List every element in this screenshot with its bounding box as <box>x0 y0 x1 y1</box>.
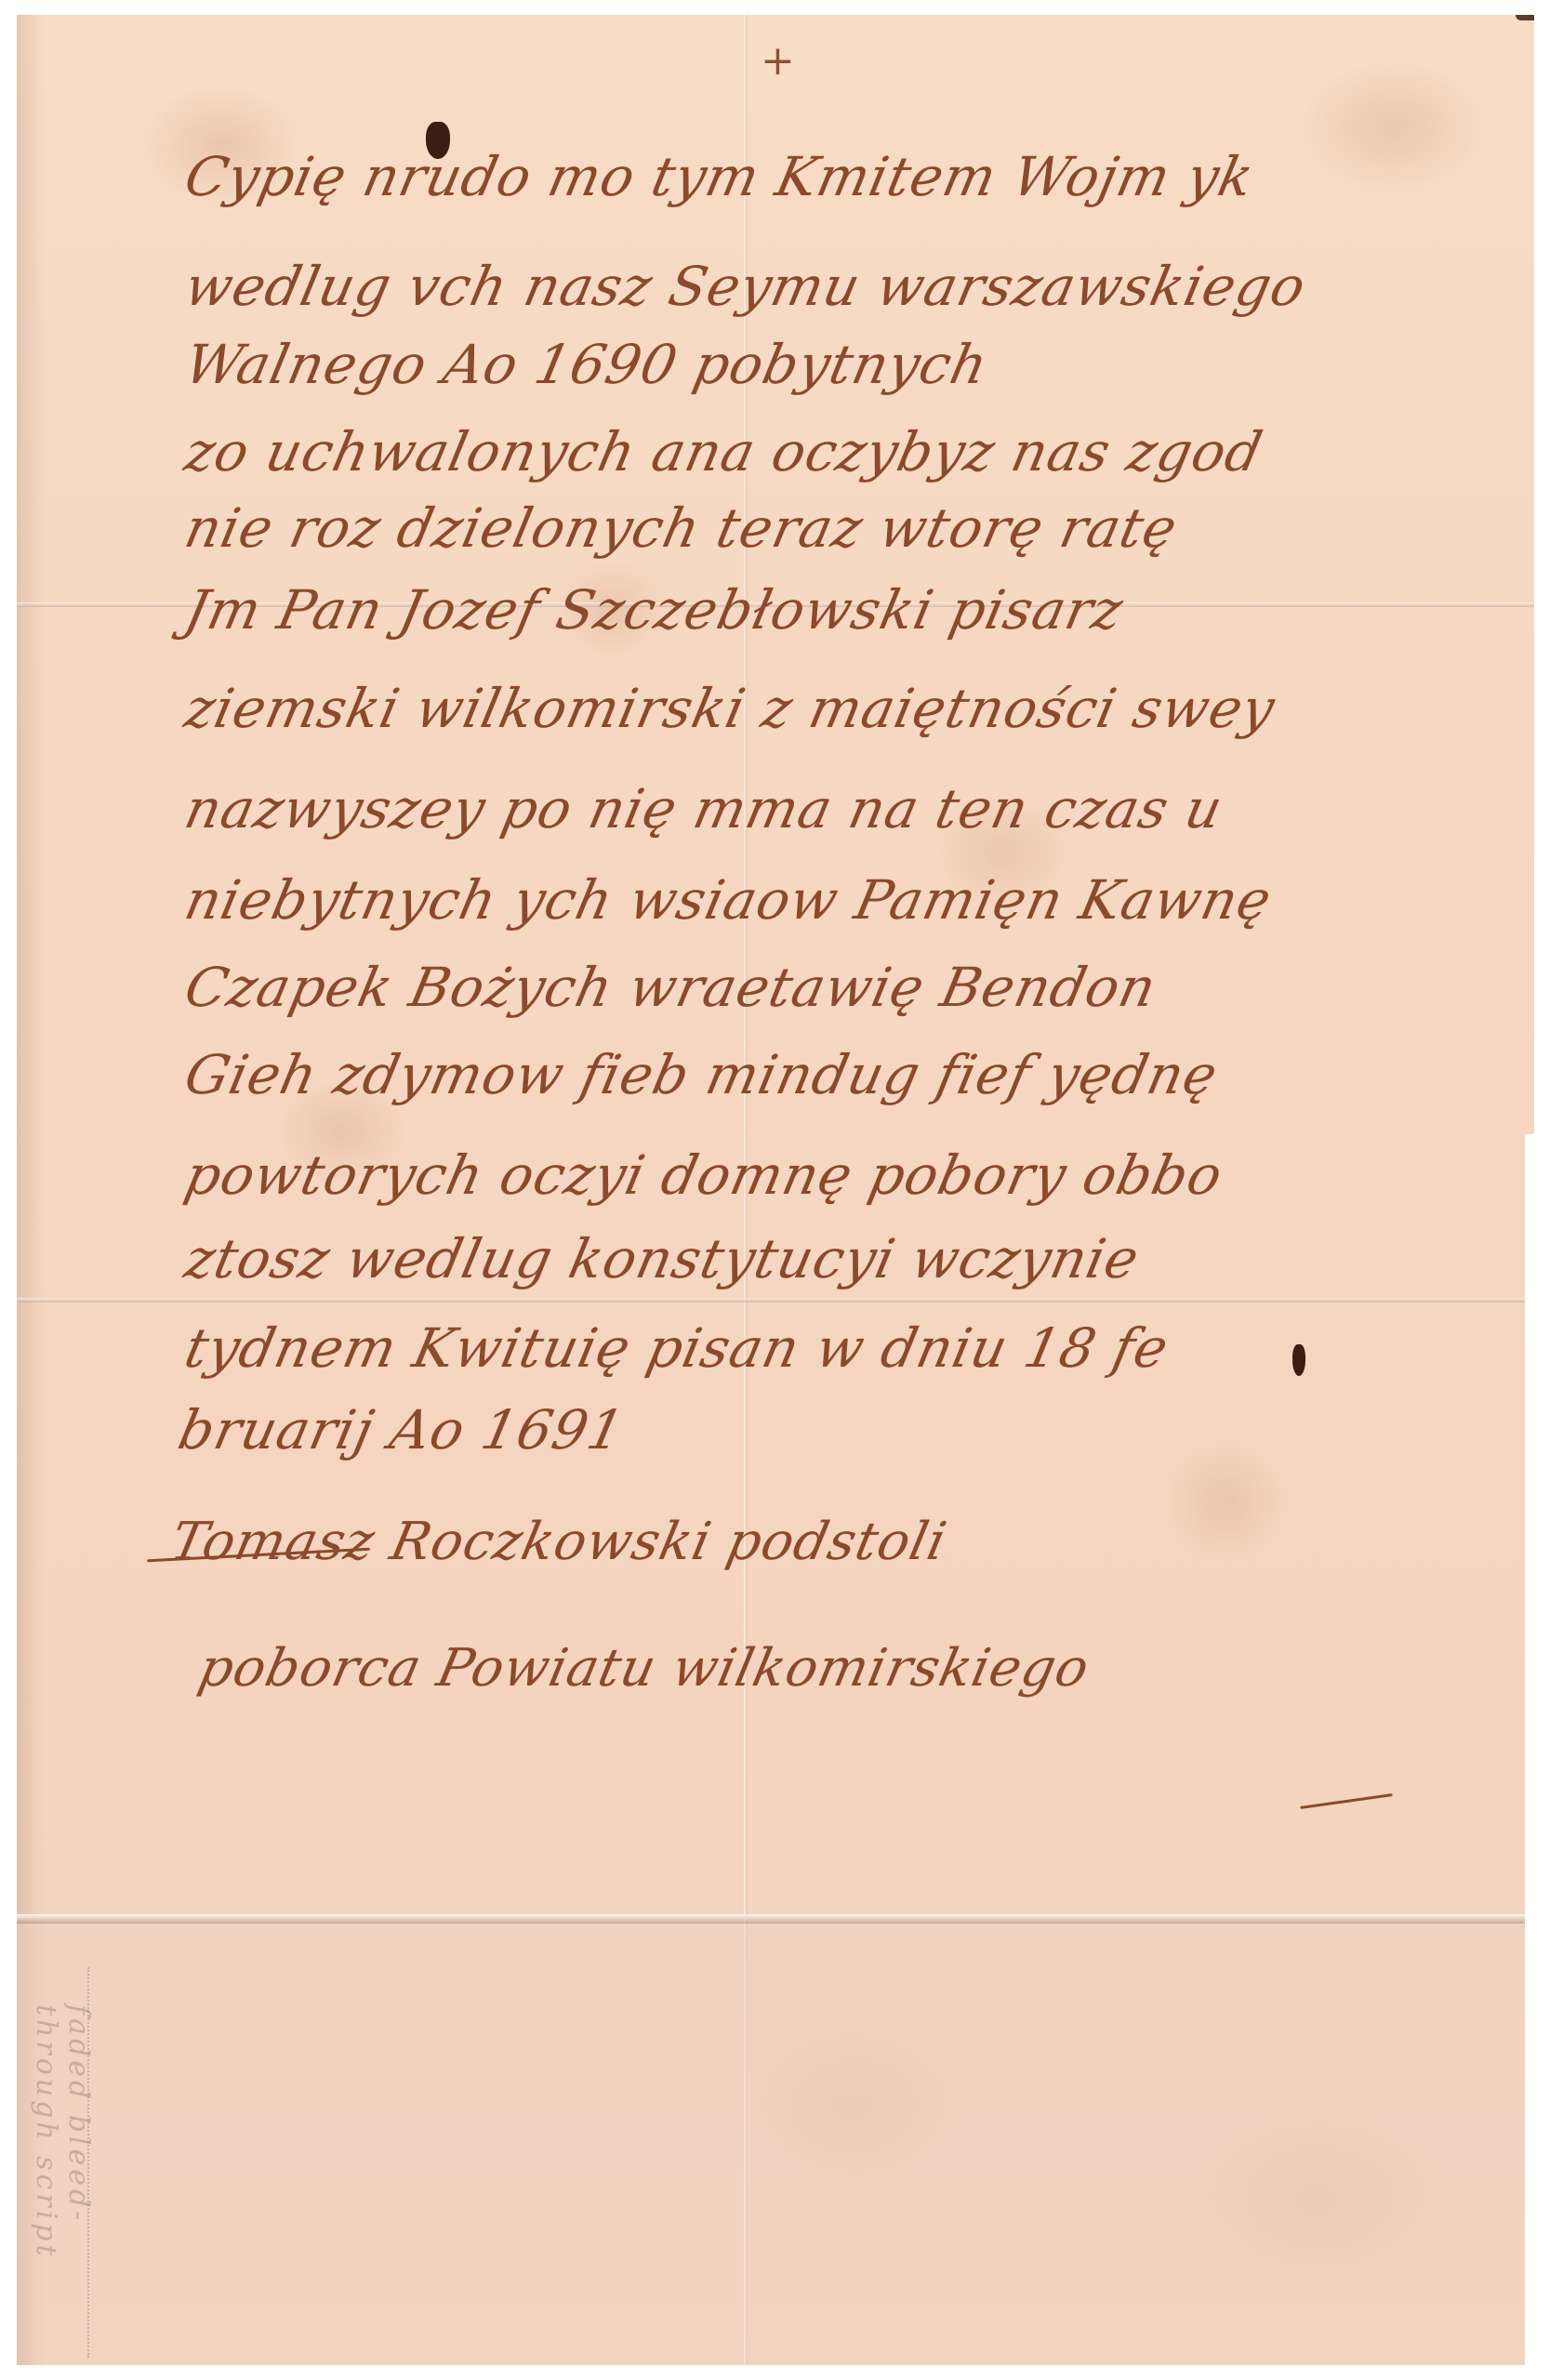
lower-blank-flap <box>17 1924 1534 2365</box>
text-line-15: bruarij Ao 1691 <box>173 1398 630 1461</box>
text-line-1: Cypię nrudo mo tym Kmitem Wojm yk <box>179 145 1260 208</box>
margin-bleed-through: faded bleed-through script <box>22 1967 89 2358</box>
text-line-6: Jm Pan Jozef Szczebłowski pisarz <box>179 578 1129 641</box>
text-line-7: ziemski wilkomirski z maiętności swey <box>179 677 1281 740</box>
page-edge-step <box>1525 1134 1550 2380</box>
header-cross-mark: + <box>761 37 795 85</box>
text-line-8: nazwyszey po nię mma na ten czas u <box>179 777 1228 840</box>
text-line-4: zo uchwalonych ana oczybyz nas zgod <box>179 420 1268 483</box>
ink-blot <box>1292 1344 1305 1376</box>
text-line-11: Gieh zdymow fieb mindug fief yędnę <box>179 1043 1224 1106</box>
text-line-14: tydnem Kwituię pisan w dniu 18 fe <box>179 1316 1174 1380</box>
margin-ghost-text: faded bleed-through script <box>30 2004 95 2358</box>
text-line-12: powtorych oczyi domnę pobory obbo <box>179 1144 1228 1207</box>
text-line-10: Czapek Bożych wraetawię Bendon <box>179 956 1162 1019</box>
signature-line-1: Tomasz Roczkowski podstoli <box>166 1512 952 1572</box>
text-line-9: niebytnych ych wsiaow Pamięn Kawnę <box>179 868 1278 932</box>
signature-line-2: poborca Powiatu wilkomirskiego <box>193 1638 1094 1699</box>
signature-tail-flourish <box>1300 1793 1392 1809</box>
horizontal-fold-line <box>17 1298 1534 1302</box>
text-line-3: Walnego Ao 1690 pobytnych <box>179 333 994 396</box>
manuscript-page: faded bleed-through script + Cypię nrudo… <box>17 15 1534 2365</box>
text-line-2: wedlug vch nasz Seymu warszawskiego <box>179 255 1312 318</box>
bottom-flap-fold <box>17 1914 1534 1924</box>
text-line-5: nie roz dzielonych teraz wtorę ratę <box>179 496 1183 560</box>
paper-corner-shadow <box>1516 15 1534 20</box>
text-line-13: ztosz wedlug konstytucyi wczynie <box>179 1227 1145 1290</box>
